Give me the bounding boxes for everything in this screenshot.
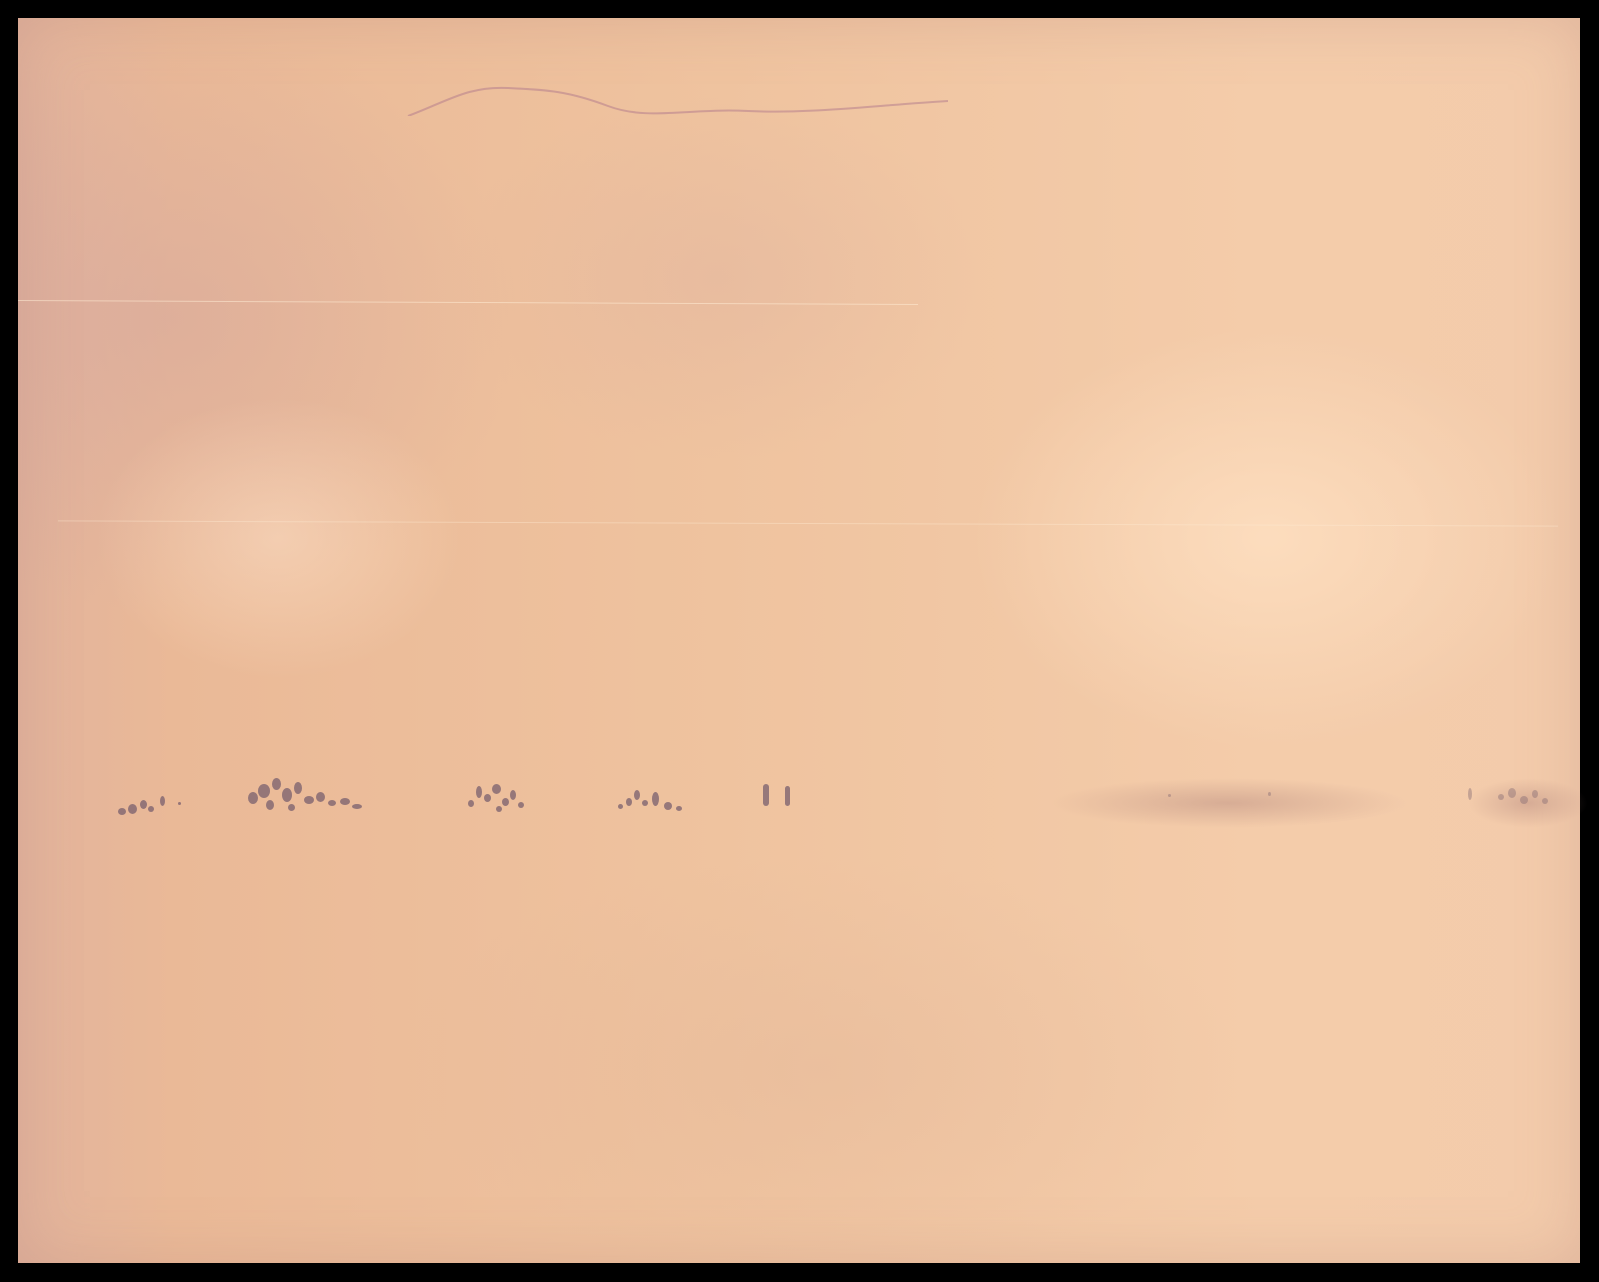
- horizon-speckles: [108, 778, 1578, 848]
- scratch-line: [18, 300, 918, 305]
- image-frame: [0, 0, 1599, 1282]
- water-stain-line: [388, 76, 948, 116]
- haze-patch: [1468, 778, 1588, 828]
- haze-patch: [1048, 778, 1408, 828]
- vignette: [18, 18, 1580, 1263]
- faded-photo-print: [18, 18, 1580, 1263]
- scratch-line: [58, 520, 1558, 526]
